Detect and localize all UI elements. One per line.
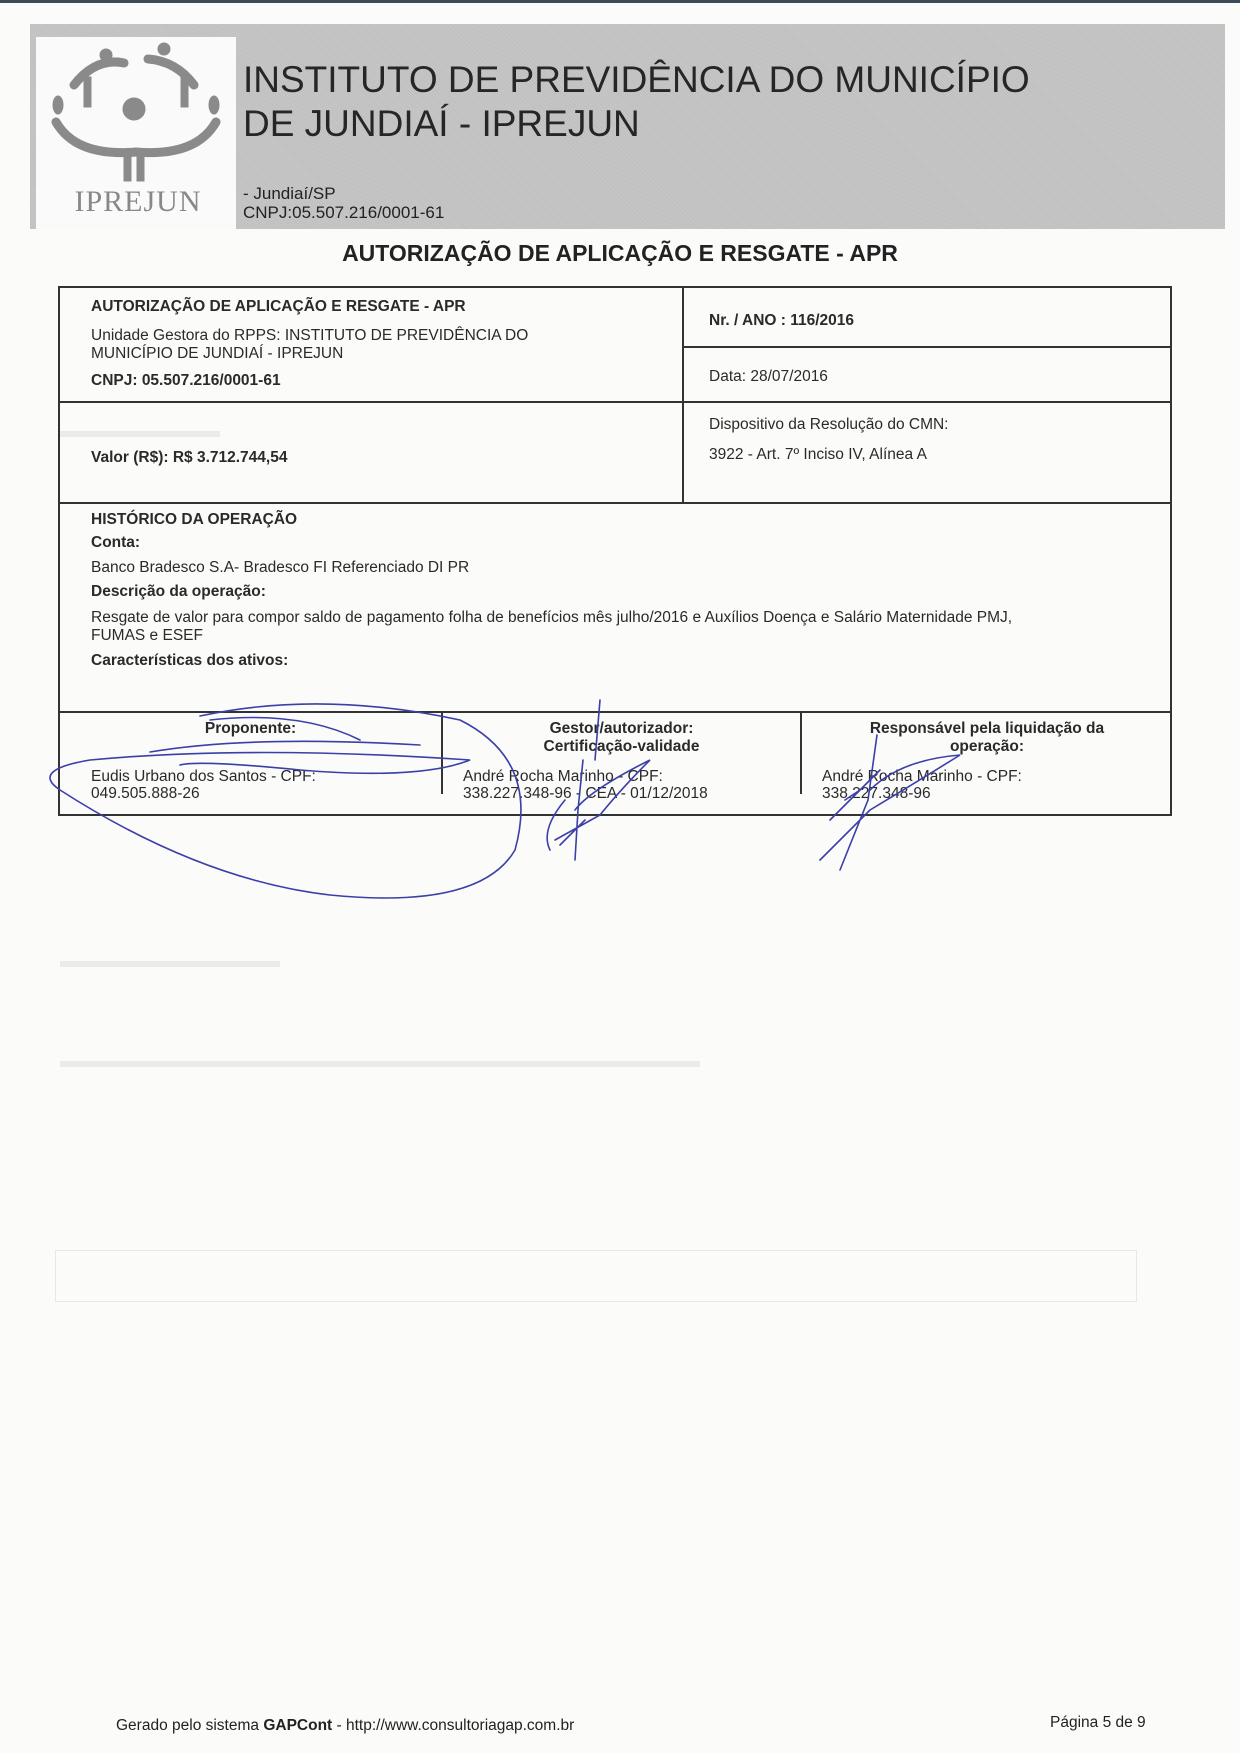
unidade-gestora-line1: Unidade Gestora do RPPS: INSTITUTO DE PR… [91, 327, 528, 345]
responsavel-cpf: 338.227.348-96 [822, 785, 931, 803]
responsavel-name: André Rocha Marinho - CPF: [822, 768, 1022, 786]
apr-form: AUTORIZAÇÃO DE APLICAÇÃO E RESGATE - APR… [58, 286, 1172, 816]
proponente-title: Proponente: [60, 720, 441, 738]
institution-name: INSTITUTO DE PREVIDÊNCIA DO MUNICÍPIO DE… [243, 58, 1030, 146]
proponente-name: Eudis Urbano dos Santos - CPF: [91, 768, 316, 786]
page-number: Página 5 de 9 [1050, 1714, 1146, 1732]
divider [682, 288, 684, 504]
footer-generated-by: Gerado pelo sistema GAPCont - http://www… [116, 1717, 574, 1735]
historico-title: HISTÓRICO DA OPERAÇÃO [91, 511, 297, 529]
gestor-title-line2: Certificação-validade [443, 738, 800, 756]
footer-prefix: Gerado pelo sistema [116, 1717, 263, 1734]
dispositivo-value: 3922 - Art. 7º Inciso IV, Alínea A [709, 446, 927, 464]
gestor-name: André Rocha Marinho - CPF: [463, 768, 663, 786]
logo-text: IPREJUN [38, 185, 238, 219]
gestor-cpf: 338.227.348-96 - CEA - 01/12/2018 [463, 785, 708, 803]
dispositivo-label: Dispositivo da Resolução do CMN: [709, 416, 949, 434]
conta-label: Conta: [91, 534, 140, 552]
descricao-line2: FUMAS e ESEF [91, 627, 203, 645]
institution-city: - Jundiaí/SP [243, 184, 336, 203]
gestor-title-line1: Gestor/autorizador: [443, 720, 800, 738]
people-circle-logo-icon [36, 37, 236, 187]
form-cnpj: CNPJ: 05.507.216/0001-61 [91, 372, 281, 390]
numero-ano: Nr. / ANO : 116/2016 [709, 312, 854, 330]
bleed-through-text: ▬▬▬▬▬▬▬▬▬▬▬▬▬▬▬▬▬▬▬▬▬▬▬▬▬▬▬▬▬▬▬▬ [60, 1050, 700, 1073]
divider [60, 711, 1172, 713]
page-title: AUTORIZAÇÃO DE APLICAÇÃO E RESGATE - APR [0, 240, 1240, 267]
scan-top-edge [0, 0, 1240, 3]
descricao-line1: Resgate de valor para compor saldo de pa… [91, 609, 1012, 627]
footer-system-name: GAPCont [263, 1717, 332, 1734]
valor-amount: R$ 3.712.744,54 [173, 449, 288, 466]
bleed-through-text: ▬▬▬▬▬▬▬▬▬▬▬ [60, 950, 280, 973]
conta-value: Banco Bradesco S.A- Bradesco FI Referenc… [91, 559, 469, 577]
divider [60, 401, 1172, 403]
proponente-cpf: 049.505.888-26 [91, 785, 200, 803]
divider [60, 502, 1172, 504]
footer-link[interactable]: - http://www.consultoriagap.com.br [332, 1717, 574, 1734]
divider [682, 346, 1172, 348]
unidade-gestora-line2: MUNICÍPIO DE JUNDIAÍ - IPREJUN [91, 345, 343, 363]
bleed-through-box [55, 1250, 1137, 1302]
institution-name-line1: INSTITUTO DE PREVIDÊNCIA DO MUNICÍPIO [243, 58, 1030, 102]
data: Data: 28/07/2016 [709, 368, 828, 386]
institution-cnpj: CNPJ:05.507.216/0001-61 [243, 203, 444, 222]
institution-name-line2: DE JUNDIAÍ - IPREJUN [243, 102, 1030, 146]
descricao-label: Descrição da operação: [91, 583, 266, 601]
caracteristicas-label: Características dos ativos: [91, 652, 288, 670]
valor-label: Valor (R$): [91, 449, 169, 466]
form-section-title: AUTORIZAÇÃO DE APLICAÇÃO E RESGATE - APR [91, 298, 466, 316]
responsavel-title-line2: operação: [802, 738, 1172, 756]
responsavel-title-line1: Responsável pela liquidação da [802, 720, 1172, 738]
valor: Valor (R$): R$ 3.712.744,54 [91, 449, 287, 467]
